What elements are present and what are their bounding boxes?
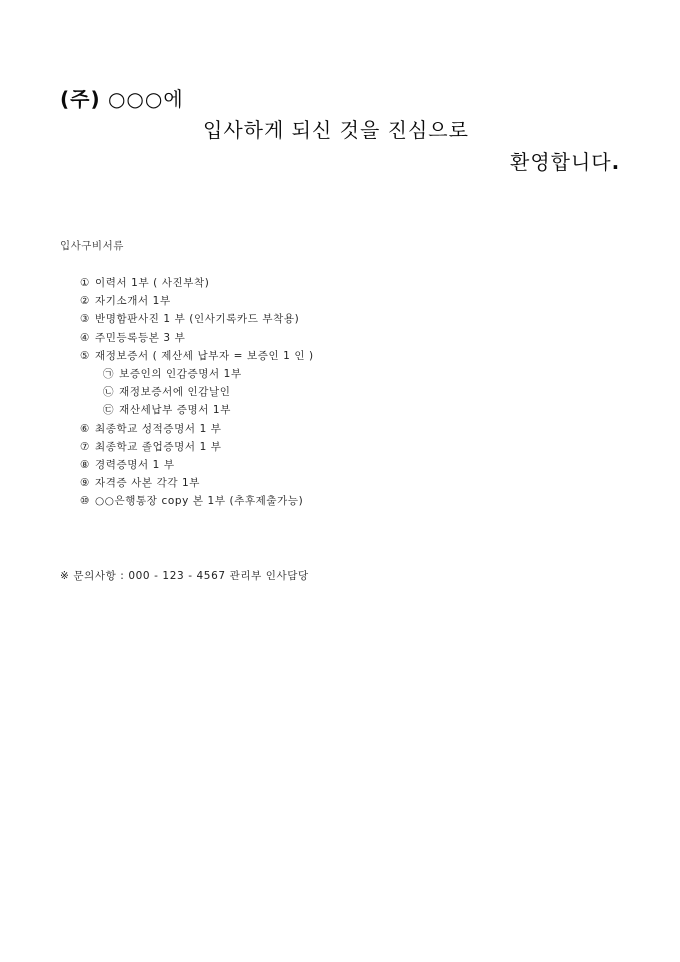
welcome-period: . [612, 150, 621, 174]
circled-number-marker: ② [80, 292, 90, 310]
required-documents-title: 입사구비서류 [60, 238, 124, 253]
list-item: ⑧경력증명서 1 부 [80, 456, 314, 474]
circled-number-marker: ⑦ [80, 438, 90, 456]
circled-number-marker: ③ [80, 310, 90, 328]
circled-hangul-marker: ㉠ [103, 365, 114, 383]
welcome-line-company: (주) ○○○에 [60, 83, 184, 112]
list-item-text: 재정보증서에 인감날인 [119, 386, 230, 398]
circled-number-marker: ⑨ [80, 474, 90, 492]
list-item-text: 반명함판사진 1 부 (인사기록카드 부착용) [95, 313, 299, 325]
list-item-text: 재정보증서 ( 제산세 납부자 = 보증인 1 인 ) [95, 350, 314, 362]
welcome-line-welcome: 환영합니다. [510, 146, 620, 175]
list-item: ④주민등록등본 3 부 [80, 329, 314, 347]
list-item-text: 재산세납부 증명서 1부 [119, 404, 231, 416]
list-item-text: 자격증 사본 각각 1부 [95, 477, 200, 489]
list-item-text: 이력서 1부 ( 사진부착) [95, 277, 209, 289]
list-item: ①이력서 1부 ( 사진부착) [80, 274, 314, 292]
required-documents-list: ①이력서 1부 ( 사진부착) ②자기소개서 1부 ③반명함판사진 1 부 (인… [80, 274, 314, 510]
list-item: ⑨자격증 사본 각각 1부 [80, 474, 314, 492]
list-item: ⑤재정보증서 ( 제산세 납부자 = 보증인 1 인 ) [80, 347, 314, 365]
welcome-line-sincerely: 입사하게 되신 것을 진심으로 [203, 114, 469, 143]
circled-number-marker: ⑧ [80, 456, 90, 474]
circled-hangul-marker: ㉡ [103, 383, 114, 401]
company-prefix: (주) [60, 87, 101, 111]
circled-number-marker: ① [80, 274, 90, 292]
sub-list-item: ㉠보증인의 인감증명서 1부 [80, 365, 314, 383]
list-item: ⑥최종학교 성적증명서 1 부 [80, 420, 314, 438]
welcome-text: 환영합니다 [510, 150, 612, 174]
sub-list-item: ㉡재정보증서에 인감날인 [80, 383, 314, 401]
circled-number-marker: ⑥ [80, 420, 90, 438]
sub-list-item: ㉢재산세납부 증명서 1부 [80, 401, 314, 419]
list-item-text: 경력증명서 1 부 [95, 459, 175, 471]
list-item: ②자기소개서 1부 [80, 292, 314, 310]
company-name: ○○○에 [108, 87, 184, 111]
circled-hangul-marker: ㉢ [103, 401, 114, 419]
list-item-text: 보증인의 인감증명서 1부 [119, 368, 242, 380]
list-item: ⑩○○은행통장 copy 본 1부 (추후제출가능) [80, 492, 314, 510]
list-item: ③반명함판사진 1 부 (인사기록카드 부착용) [80, 310, 314, 328]
list-item-text: 자기소개서 1부 [95, 295, 171, 307]
list-item-text: 최종학교 졸업증명서 1 부 [95, 441, 222, 453]
circled-number-marker: ⑩ [80, 492, 90, 510]
circled-number-marker: ④ [80, 329, 90, 347]
list-item-text: 주민등록등본 3 부 [95, 332, 185, 344]
list-item: ⑦최종학교 졸업증명서 1 부 [80, 438, 314, 456]
circled-number-marker: ⑤ [80, 347, 90, 365]
list-item-text: 최종학교 성적증명서 1 부 [95, 423, 222, 435]
list-item-text: ○○은행통장 copy 본 1부 (추후제출가능) [95, 495, 303, 507]
contact-info: ※ 문의사항 : 000 - 123 - 4567 관리부 인사담당 [60, 568, 309, 583]
